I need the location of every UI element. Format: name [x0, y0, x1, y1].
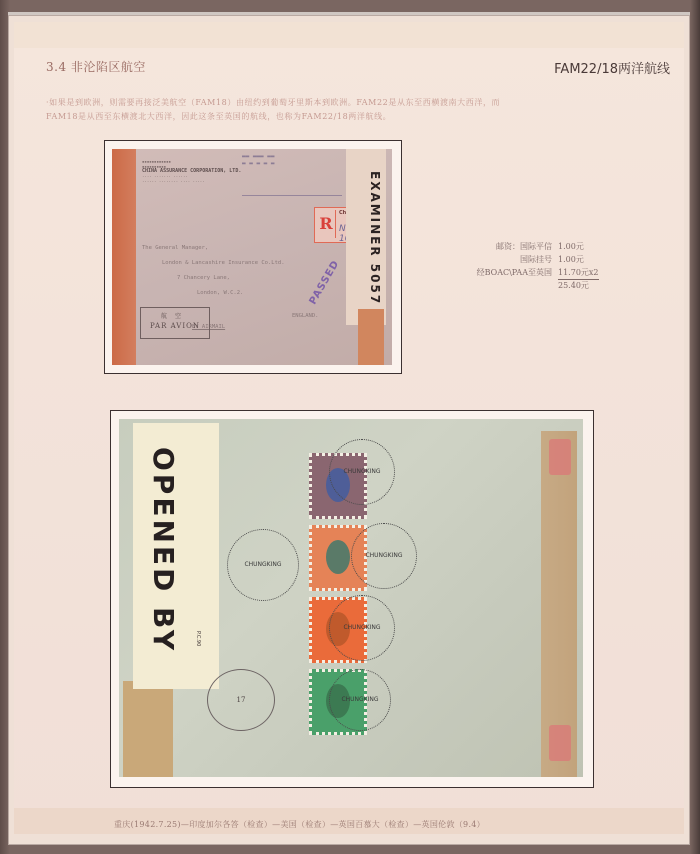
route-title: FAM22/18两洋航线	[554, 58, 670, 77]
postage-label: 邮资：国际平信	[496, 240, 552, 253]
postage-total-row: 25.40元	[434, 279, 634, 292]
postmark: CHUNGKING	[329, 595, 395, 661]
address-line: London & Lancashire Insurance Co.Ltd.	[142, 256, 285, 271]
opened-by-text: OPENED BY	[147, 447, 180, 653]
address-line: London, W.C.2.	[142, 286, 285, 301]
address-line: The General Manager,	[142, 241, 285, 256]
censor-tape-bottom-left	[123, 681, 173, 777]
postmark: CHUNGKING	[329, 669, 391, 731]
intro-line-1: ·如果是到欧洲，则需要再接泛美航空（FAM18）由纽约到葡萄牙里斯本到欧洲。FA…	[46, 96, 666, 110]
postage-row: 国际挂号 1.00元	[434, 253, 634, 266]
postmark: CHUNGKING	[329, 439, 395, 505]
postage-total: 25.40元	[558, 279, 589, 292]
cancel-stamp: ▬▬ ▬▬▬ ▬▬ ▬ ▬ ▬ ▬ ▬	[242, 153, 342, 196]
censor-code: P.C.90	[195, 631, 201, 646]
postage-label: 国际挂号	[520, 253, 552, 266]
exhibit-page: 3.4 非沦陷区航空 FAM22/18两洋航线 ·如果是到欧洲，则需要再接泛美航…	[14, 22, 684, 834]
postmark: CHUNGKING	[227, 529, 299, 601]
transit-postmark: 17	[207, 669, 275, 731]
section-title: 3.4 非沦陷区航空	[46, 58, 146, 75]
examiner-text: EXAMINER 5057	[368, 171, 382, 305]
envelope-back: OPENED BY P.C.90 CHUNGKING 17 CHUNGKING …	[119, 419, 583, 777]
sender-corner-card: ▪▪▪▪▪▪▪▪▪▪▪▪ ▪▪▪▪▪▪▪▪▪▪ CHINA ASSURANCE …	[142, 159, 252, 184]
stamp-portrait	[326, 540, 350, 574]
envelope-front: ▪▪▪▪▪▪▪▪▪▪▪▪ ▪▪▪▪▪▪▪▪▪▪ CHINA ASSURANCE …	[112, 149, 392, 365]
censor-seal	[549, 439, 571, 475]
airmail-french: PAR AVION	[141, 322, 209, 330]
postage-calculation: 邮资：国际平信 1.00元 国际挂号 1.00元 经BOAC\PAA至英国 11…	[434, 240, 634, 292]
address-line: 7 Chancery Lane,	[142, 271, 285, 286]
cover-front-registered: ▪▪▪▪▪▪▪▪▪▪▪▪ ▪▪▪▪▪▪▪▪▪▪ CHINA ASSURANCE …	[104, 140, 402, 374]
postage-amount: 1.00元	[558, 253, 584, 266]
postage-row: 邮资：国际平信 1.00元	[434, 240, 634, 253]
censor-handstamp: PASSED	[308, 258, 342, 306]
postage-label: 经BOAC\PAA至英国	[477, 266, 552, 279]
postage-amount: 11.70元x2	[558, 266, 599, 280]
intro-text: ·如果是到欧洲，则需要再接泛美航空（FAM18）由纽约到葡萄牙里斯本到欧洲。FA…	[46, 96, 666, 124]
recipient-address: The General Manager, London & Lancashire…	[142, 241, 285, 301]
registration-letter: R	[317, 210, 336, 238]
postage-row: 经BOAC\PAA至英国 11.70元x2	[434, 266, 634, 279]
airmail-etiquette: 航空 PAR AVION	[140, 307, 210, 339]
cover-back-stamps: OPENED BY P.C.90 CHUNGKING 17 CHUNGKING …	[110, 410, 594, 788]
postage-amount: 1.00元	[558, 240, 584, 253]
route-caption: 重庆(1942.7.25)—印度加尔各答（检查）—美国（检查）—英国百慕大（检查…	[114, 819, 614, 830]
postmark: CHUNGKING	[351, 523, 417, 589]
intro-line-2: FAM18是从西至东横渡北大西洋，因此这条至英国的航线，也称为FAM22/18两…	[46, 110, 666, 124]
destination-country: ENGLAND.	[292, 313, 319, 319]
censor-tape-left	[112, 149, 136, 365]
censor-seal	[549, 725, 571, 761]
censor-tape-right	[358, 309, 384, 365]
page-top-band	[14, 22, 684, 48]
airmail-chinese: 航空	[141, 311, 209, 320]
